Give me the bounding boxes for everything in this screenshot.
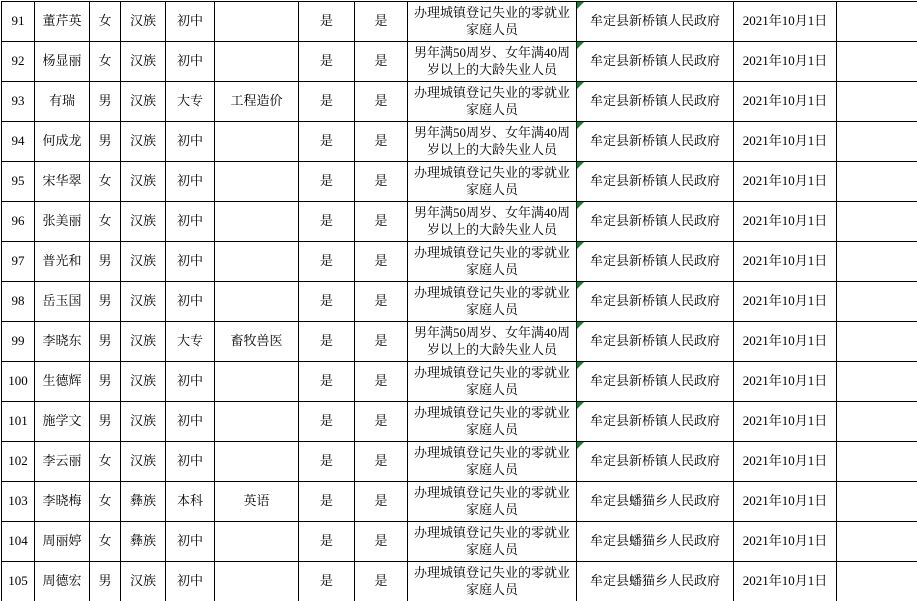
table-row: 100生德辉男汉族初中是是办理城镇登记失业的零就业 家庭人员牟定县新桥镇人民政府… — [2, 362, 917, 402]
major-cell: 畜牧兽医 — [215, 322, 299, 362]
agency-cell: 牟定县蟠猫乡人民政府 — [577, 482, 734, 522]
major-cell — [215, 282, 299, 322]
name-cell: 岳玉国 — [35, 282, 90, 322]
category-cell: 办理城镇登记失业的零就业 家庭人员 — [408, 162, 577, 202]
row-number-cell: 94 — [2, 122, 35, 162]
ethnicity-cell: 汉族 — [121, 282, 166, 322]
name-cell: 普光和 — [35, 242, 90, 282]
cell-comment-marker-icon — [577, 242, 584, 249]
category-cell: 办理城镇登记失业的零就业 家庭人员 — [408, 402, 577, 442]
table-row: 97普光和男汉族初中是是办理城镇登记失业的零就业 家庭人员牟定县新桥镇人民政府2… — [2, 242, 917, 282]
education-cell: 初中 — [166, 402, 215, 442]
date-cell: 2021年10月1日 — [734, 322, 837, 362]
education-cell: 大专 — [166, 322, 215, 362]
major-cell — [215, 202, 299, 242]
date-cell: 2021年10月1日 — [734, 362, 837, 402]
ethnicity-cell: 汉族 — [121, 362, 166, 402]
agency-cell: 牟定县新桥镇人民政府 — [577, 282, 734, 322]
table-row: 93有瑞男汉族大专工程造价是是办理城镇登记失业的零就业 家庭人员牟定县新桥镇人民… — [2, 82, 917, 122]
yes-flag2-cell: 是 — [355, 2, 408, 42]
remark-cell — [837, 402, 917, 442]
category-cell: 男年满50周岁、女年满40周 岁以上的大龄失业人员 — [408, 42, 577, 82]
date-cell: 2021年10月1日 — [734, 2, 837, 42]
agency-cell: 牟定县蟠猫乡人民政府 — [577, 562, 734, 601]
cell-comment-marker-icon — [577, 322, 584, 329]
cell-comment-marker-icon — [577, 402, 584, 409]
major-cell — [215, 522, 299, 562]
date-cell: 2021年10月1日 — [734, 202, 837, 242]
education-cell: 初中 — [166, 522, 215, 562]
table-row: 105周德宏男汉族初中是是办理城镇登记失业的零就业 家庭人员牟定县蟠猫乡人民政府… — [2, 562, 917, 601]
remark-cell — [837, 162, 917, 202]
table-row: 91董芹英女汉族初中是是办理城镇登记失业的零就业 家庭人员牟定县新桥镇人民政府2… — [2, 2, 917, 42]
yes-flag1-cell: 是 — [299, 2, 355, 42]
ethnicity-cell: 汉族 — [121, 162, 166, 202]
remark-cell — [837, 242, 917, 282]
category-cell: 办理城镇登记失业的零就业 家庭人员 — [408, 482, 577, 522]
table-row: 101施学文男汉族初中是是办理城镇登记失业的零就业 家庭人员牟定县新桥镇人民政府… — [2, 402, 917, 442]
row-number-cell: 100 — [2, 362, 35, 402]
ethnicity-cell: 汉族 — [121, 442, 166, 482]
yes-flag1-cell: 是 — [299, 362, 355, 402]
cell-comment-marker-icon — [577, 2, 584, 9]
major-cell — [215, 242, 299, 282]
yes-flag1-cell: 是 — [299, 442, 355, 482]
gender-cell: 男 — [90, 122, 121, 162]
row-number-cell: 96 — [2, 202, 35, 242]
remark-cell — [837, 82, 917, 122]
table-row: 98岳玉国男汉族初中是是办理城镇登记失业的零就业 家庭人员牟定县新桥镇人民政府2… — [2, 282, 917, 322]
table-row: 95宋华翠女汉族初中是是办理城镇登记失业的零就业 家庭人员牟定县新桥镇人民政府2… — [2, 162, 917, 202]
name-cell: 何成龙 — [35, 122, 90, 162]
education-cell: 初中 — [166, 42, 215, 82]
yes-flag1-cell: 是 — [299, 282, 355, 322]
remark-cell — [837, 202, 917, 242]
cell-comment-marker-icon — [577, 82, 584, 89]
remark-cell — [837, 282, 917, 322]
major-cell — [215, 442, 299, 482]
ethnicity-cell: 汉族 — [121, 402, 166, 442]
date-cell: 2021年10月1日 — [734, 82, 837, 122]
agency-cell: 牟定县蟠猫乡人民政府 — [577, 522, 734, 562]
date-cell: 2021年10月1日 — [734, 282, 837, 322]
row-number-cell: 102 — [2, 442, 35, 482]
name-cell: 施学文 — [35, 402, 90, 442]
personnel-table: 91董芹英女汉族初中是是办理城镇登记失业的零就业 家庭人员牟定县新桥镇人民政府2… — [1, 1, 917, 601]
education-cell: 初中 — [166, 202, 215, 242]
major-cell — [215, 162, 299, 202]
major-cell — [215, 562, 299, 601]
yes-flag1-cell: 是 — [299, 42, 355, 82]
yes-flag2-cell: 是 — [355, 442, 408, 482]
name-cell: 李晓梅 — [35, 482, 90, 522]
ethnicity-cell: 汉族 — [121, 322, 166, 362]
education-cell: 初中 — [166, 442, 215, 482]
name-cell: 周丽婷 — [35, 522, 90, 562]
yes-flag2-cell: 是 — [355, 122, 408, 162]
education-cell: 初中 — [166, 122, 215, 162]
category-cell: 办理城镇登记失业的零就业 家庭人员 — [408, 442, 577, 482]
date-cell: 2021年10月1日 — [734, 482, 837, 522]
remark-cell — [837, 562, 917, 601]
education-cell: 本科 — [166, 482, 215, 522]
agency-cell: 牟定县新桥镇人民政府 — [577, 82, 734, 122]
cell-comment-marker-icon — [577, 202, 584, 209]
yes-flag2-cell: 是 — [355, 402, 408, 442]
table-row: 104周丽婷女彝族初中是是办理城镇登记失业的零就业 家庭人员牟定县蟠猫乡人民政府… — [2, 522, 917, 562]
date-cell: 2021年10月1日 — [734, 562, 837, 601]
education-cell: 初中 — [166, 362, 215, 402]
major-cell — [215, 122, 299, 162]
date-cell: 2021年10月1日 — [734, 442, 837, 482]
gender-cell: 男 — [90, 362, 121, 402]
agency-cell: 牟定县新桥镇人民政府 — [577, 122, 734, 162]
education-cell: 初中 — [166, 242, 215, 282]
major-cell — [215, 402, 299, 442]
category-cell: 办理城镇登记失业的零就业 家庭人员 — [408, 562, 577, 601]
remark-cell — [837, 42, 917, 82]
cell-comment-marker-icon — [577, 42, 584, 49]
agency-cell: 牟定县新桥镇人民政府 — [577, 442, 734, 482]
ethnicity-cell: 汉族 — [121, 42, 166, 82]
agency-cell: 牟定县新桥镇人民政府 — [577, 2, 734, 42]
remark-cell — [837, 2, 917, 42]
gender-cell: 女 — [90, 442, 121, 482]
name-cell: 张美丽 — [35, 202, 90, 242]
education-cell: 初中 — [166, 162, 215, 202]
date-cell: 2021年10月1日 — [734, 162, 837, 202]
yes-flag1-cell: 是 — [299, 482, 355, 522]
ethnicity-cell: 汉族 — [121, 2, 166, 42]
major-cell — [215, 2, 299, 42]
gender-cell: 男 — [90, 402, 121, 442]
table-row: 102李云丽女汉族初中是是办理城镇登记失业的零就业 家庭人员牟定县新桥镇人民政府… — [2, 442, 917, 482]
major-cell — [215, 362, 299, 402]
name-cell: 李晓东 — [35, 322, 90, 362]
agency-cell: 牟定县新桥镇人民政府 — [577, 42, 734, 82]
yes-flag1-cell: 是 — [299, 562, 355, 601]
row-number-cell: 92 — [2, 42, 35, 82]
cell-comment-marker-icon — [577, 442, 584, 449]
ethnicity-cell: 彝族 — [121, 482, 166, 522]
yes-flag2-cell: 是 — [355, 522, 408, 562]
yes-flag2-cell: 是 — [355, 362, 408, 402]
name-cell: 李云丽 — [35, 442, 90, 482]
category-cell: 男年满50周岁、女年满40周 岁以上的大龄失业人员 — [408, 122, 577, 162]
remark-cell — [837, 122, 917, 162]
row-number-cell: 95 — [2, 162, 35, 202]
yes-flag1-cell: 是 — [299, 162, 355, 202]
cell-comment-marker-icon — [577, 362, 584, 369]
yes-flag2-cell: 是 — [355, 202, 408, 242]
yes-flag2-cell: 是 — [355, 162, 408, 202]
row-number-cell: 91 — [2, 2, 35, 42]
yes-flag2-cell: 是 — [355, 322, 408, 362]
category-cell: 男年满50周岁、女年满40周 岁以上的大龄失业人员 — [408, 322, 577, 362]
education-cell: 初中 — [166, 562, 215, 601]
ethnicity-cell: 汉族 — [121, 122, 166, 162]
date-cell: 2021年10月1日 — [734, 122, 837, 162]
row-number-cell: 93 — [2, 82, 35, 122]
ethnicity-cell: 汉族 — [121, 562, 166, 601]
row-number-cell: 99 — [2, 322, 35, 362]
ethnicity-cell: 汉族 — [121, 202, 166, 242]
category-cell: 办理城镇登记失业的零就业 家庭人员 — [408, 82, 577, 122]
yes-flag1-cell: 是 — [299, 82, 355, 122]
name-cell: 有瑞 — [35, 82, 90, 122]
cell-comment-marker-icon — [577, 282, 584, 289]
gender-cell: 男 — [90, 322, 121, 362]
yes-flag2-cell: 是 — [355, 242, 408, 282]
category-cell: 办理城镇登记失业的零就业 家庭人员 — [408, 282, 577, 322]
yes-flag2-cell: 是 — [355, 562, 408, 601]
education-cell: 初中 — [166, 282, 215, 322]
unemployment-register-document: 91董芹英女汉族初中是是办理城镇登记失业的零就业 家庭人员牟定县新桥镇人民政府2… — [0, 0, 917, 601]
education-cell: 初中 — [166, 2, 215, 42]
ethnicity-cell: 汉族 — [121, 242, 166, 282]
name-cell: 杨显丽 — [35, 42, 90, 82]
yes-flag2-cell: 是 — [355, 82, 408, 122]
date-cell: 2021年10月1日 — [734, 522, 837, 562]
major-cell — [215, 42, 299, 82]
remark-cell — [837, 522, 917, 562]
table-row: 103李晓梅女彝族本科英语是是办理城镇登记失业的零就业 家庭人员牟定县蟠猫乡人民… — [2, 482, 917, 522]
name-cell: 周德宏 — [35, 562, 90, 601]
yes-flag1-cell: 是 — [299, 522, 355, 562]
agency-cell: 牟定县新桥镇人民政府 — [577, 242, 734, 282]
gender-cell: 男 — [90, 82, 121, 122]
gender-cell: 男 — [90, 242, 121, 282]
name-cell: 生德辉 — [35, 362, 90, 402]
row-number-cell: 97 — [2, 242, 35, 282]
yes-flag2-cell: 是 — [355, 482, 408, 522]
yes-flag1-cell: 是 — [299, 202, 355, 242]
remark-cell — [837, 442, 917, 482]
table-row: 92杨显丽女汉族初中是是男年满50周岁、女年满40周 岁以上的大龄失业人员牟定县… — [2, 42, 917, 82]
date-cell: 2021年10月1日 — [734, 242, 837, 282]
table-row: 94何成龙男汉族初中是是男年满50周岁、女年满40周 岁以上的大龄失业人员牟定县… — [2, 122, 917, 162]
row-number-cell: 105 — [2, 562, 35, 601]
category-cell: 办理城镇登记失业的零就业 家庭人员 — [408, 242, 577, 282]
cell-comment-marker-icon — [577, 162, 584, 169]
gender-cell: 女 — [90, 522, 121, 562]
agency-cell: 牟定县新桥镇人民政府 — [577, 362, 734, 402]
yes-flag1-cell: 是 — [299, 402, 355, 442]
row-number-cell: 104 — [2, 522, 35, 562]
row-number-cell: 103 — [2, 482, 35, 522]
table-row: 99李晓东男汉族大专畜牧兽医是是男年满50周岁、女年满40周 岁以上的大龄失业人… — [2, 322, 917, 362]
date-cell: 2021年10月1日 — [734, 42, 837, 82]
major-cell: 英语 — [215, 482, 299, 522]
remark-cell — [837, 362, 917, 402]
gender-cell: 女 — [90, 2, 121, 42]
category-cell: 办理城镇登记失业的零就业 家庭人员 — [408, 362, 577, 402]
gender-cell: 女 — [90, 482, 121, 522]
ethnicity-cell: 彝族 — [121, 522, 166, 562]
name-cell: 董芹英 — [35, 2, 90, 42]
agency-cell: 牟定县新桥镇人民政府 — [577, 202, 734, 242]
category-cell: 男年满50周岁、女年满40周 岁以上的大龄失业人员 — [408, 202, 577, 242]
yes-flag2-cell: 是 — [355, 42, 408, 82]
cell-comment-marker-icon — [577, 122, 584, 129]
category-cell: 办理城镇登记失业的零就业 家庭人员 — [408, 2, 577, 42]
row-number-cell: 98 — [2, 282, 35, 322]
name-cell: 宋华翠 — [35, 162, 90, 202]
yes-flag2-cell: 是 — [355, 282, 408, 322]
agency-cell: 牟定县新桥镇人民政府 — [577, 402, 734, 442]
yes-flag1-cell: 是 — [299, 242, 355, 282]
table-body: 91董芹英女汉族初中是是办理城镇登记失业的零就业 家庭人员牟定县新桥镇人民政府2… — [2, 2, 917, 601]
gender-cell: 女 — [90, 162, 121, 202]
education-cell: 大专 — [166, 82, 215, 122]
date-cell: 2021年10月1日 — [734, 402, 837, 442]
table-row: 96张美丽女汉族初中是是男年满50周岁、女年满40周 岁以上的大龄失业人员牟定县… — [2, 202, 917, 242]
ethnicity-cell: 汉族 — [121, 82, 166, 122]
yes-flag1-cell: 是 — [299, 322, 355, 362]
major-cell: 工程造价 — [215, 82, 299, 122]
yes-flag1-cell: 是 — [299, 122, 355, 162]
remark-cell — [837, 322, 917, 362]
gender-cell: 男 — [90, 282, 121, 322]
agency-cell: 牟定县新桥镇人民政府 — [577, 162, 734, 202]
agency-cell: 牟定县新桥镇人民政府 — [577, 322, 734, 362]
gender-cell: 男 — [90, 562, 121, 601]
row-number-cell: 101 — [2, 402, 35, 442]
category-cell: 办理城镇登记失业的零就业 家庭人员 — [408, 522, 577, 562]
remark-cell — [837, 482, 917, 522]
gender-cell: 女 — [90, 42, 121, 82]
gender-cell: 女 — [90, 202, 121, 242]
